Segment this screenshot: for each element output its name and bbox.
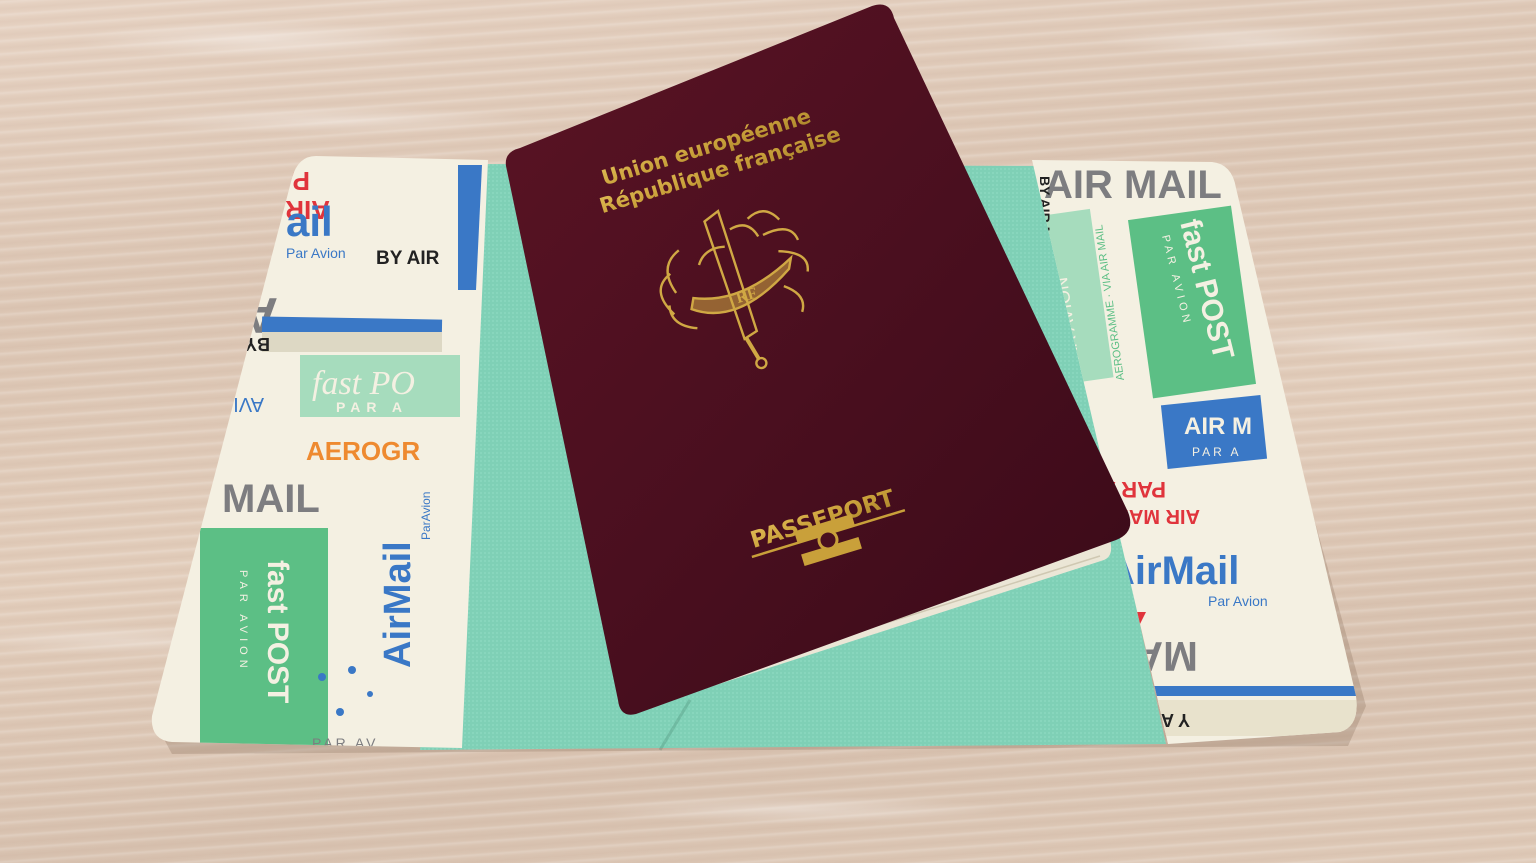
svg-text:ail: ail	[286, 198, 333, 245]
svg-text:AirMail: AirMail	[377, 541, 419, 668]
svg-text:Par Avion: Par Avion	[1208, 593, 1268, 609]
svg-text:PAR AVION: PAR AVION	[170, 166, 310, 196]
svg-text:PAR A: PAR A	[1192, 445, 1241, 459]
svg-text:MAIL: MAIL	[222, 477, 320, 521]
svg-text:BY AIR: BY AIR	[376, 248, 440, 269]
svg-text:fast POST: fast POST	[261, 560, 294, 703]
svg-text:Par Avion: Par Avion	[286, 245, 346, 261]
left-flap: PAR AVION AIR MAIL ail Par Avion BY AIR …	[100, 150, 500, 768]
svg-text:ParAvion: ParAvion	[419, 492, 433, 540]
svg-text:PAR A: PAR A	[336, 399, 408, 415]
svg-text:AIR MAIL: AIR MAIL	[1044, 163, 1222, 207]
svg-text:AEROGR: AEROGR	[306, 436, 420, 466]
svg-text:AVI: AVI	[233, 393, 264, 415]
svg-text:PAR AVION: PAR AVION	[237, 570, 249, 673]
svg-text:fast PO: fast PO	[312, 365, 415, 402]
svg-text:AIR M: AIR M	[1184, 413, 1252, 440]
svg-text:BY AIR M: BY AIR M	[190, 334, 270, 354]
photo-scene: PAR AVION AIR MAIL ail Par Avion BY AIR …	[0, 0, 1536, 863]
